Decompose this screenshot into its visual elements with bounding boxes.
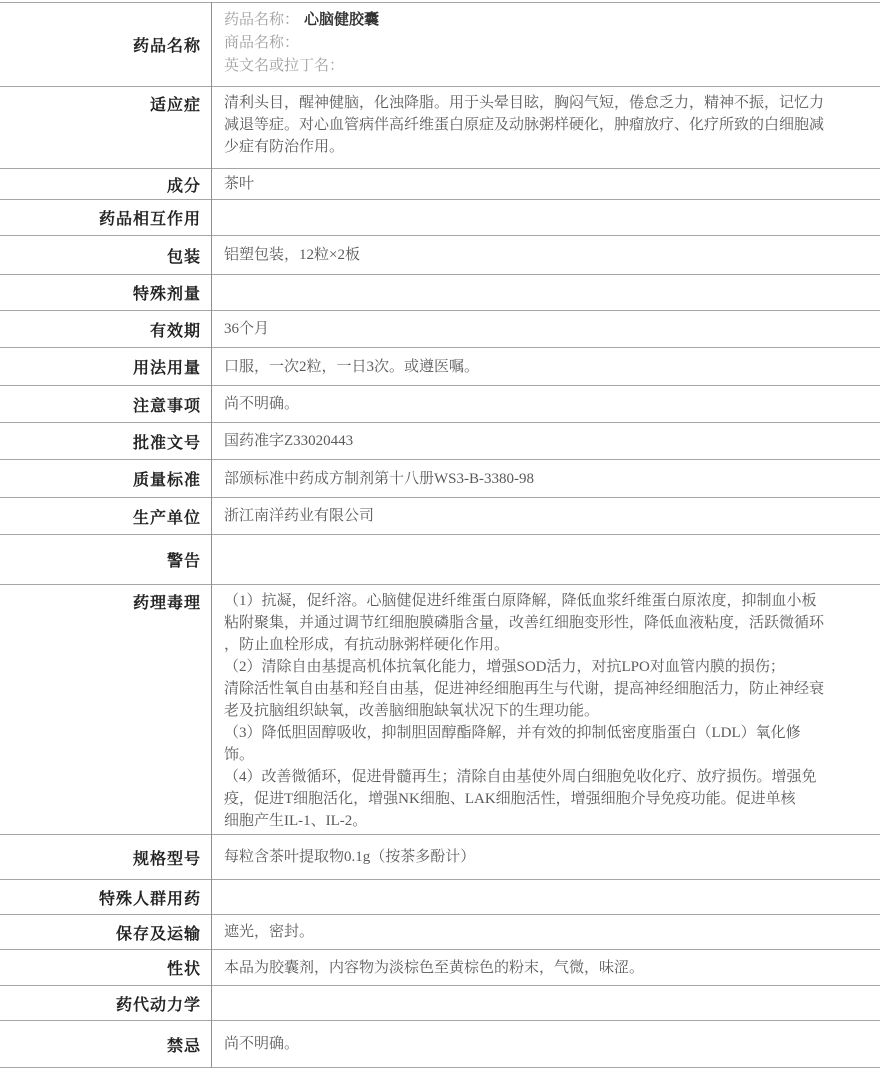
- table-row: 特殊剂量: [0, 275, 880, 311]
- table-row: 特殊人群用药: [0, 880, 880, 915]
- row-value: [212, 275, 880, 311]
- row-label: 禁忌: [0, 1021, 212, 1068]
- row-label: 用法用量: [0, 348, 212, 386]
- table-row: 性状本品为胶囊剂，内容物为淡棕色至黄棕色的粉末，气微，味涩。: [0, 950, 880, 986]
- row-label: 质量标准: [0, 460, 212, 498]
- row-label: 包装: [0, 236, 212, 275]
- row-value: 药品名称：心脑健胶囊商品名称：英文名或拉丁名：: [212, 3, 880, 87]
- row-label: 警告: [0, 535, 212, 585]
- table-row: 注意事项尚不明确。: [0, 386, 880, 423]
- field-key: 药品名称：: [224, 12, 299, 28]
- row-value: 铝塑包装，12粒×2板: [212, 236, 880, 275]
- row-value: [212, 986, 880, 1021]
- row-label: 批准文号: [0, 423, 212, 460]
- row-label: 有效期: [0, 311, 212, 348]
- row-label: 规格型号: [0, 835, 212, 880]
- row-label: 药代动力学: [0, 986, 212, 1021]
- row-label: 药理毒理: [0, 585, 212, 835]
- table-row: 有效期36个月: [0, 311, 880, 348]
- field-value: 心脑健胶囊: [304, 12, 379, 28]
- row-label: 适应症: [0, 87, 212, 169]
- row-label: 药品名称: [0, 3, 212, 87]
- row-label: 性状: [0, 950, 212, 986]
- row-value: 国药准字Z33020443: [212, 423, 880, 460]
- field-line: 英文名或拉丁名：: [224, 55, 872, 78]
- table-row: 保存及运输遮光，密封。: [0, 915, 880, 950]
- table-row: 药代动力学: [0, 986, 880, 1021]
- row-value: 每粒含茶叶提取物0.1g（按茶多酚计）: [212, 835, 880, 880]
- row-value: 口服，一次2粒，一日3次。或遵医嘱。: [212, 348, 880, 386]
- row-value: [212, 200, 880, 236]
- row-value: 尚不明确。: [212, 1021, 880, 1068]
- row-label: 保存及运输: [0, 915, 212, 950]
- drug-info-page: 药品名称药品名称：心脑健胶囊商品名称：英文名或拉丁名：适应症清利头目，醒神健脑，…: [0, 0, 880, 1080]
- table-row: 药品名称药品名称：心脑健胶囊商品名称：英文名或拉丁名：: [0, 3, 880, 87]
- table-row: 药品相互作用: [0, 200, 880, 236]
- table-row: 批准文号国药准字Z33020443: [0, 423, 880, 460]
- table-row: 禁忌尚不明确。: [0, 1021, 880, 1068]
- field-line: 药品名称：心脑健胶囊: [224, 9, 872, 32]
- row-value: [212, 535, 880, 585]
- field-key: 英文名或拉丁名：: [224, 58, 344, 74]
- table-row: 质量标准部颁标准中药成方制剂第十八册WS3-B-3380-98: [0, 460, 880, 498]
- table-row: 适应症清利头目，醒神健脑，化浊降脂。用于头晕目眩，胸闷气短，倦怠乏力，精神不振，…: [0, 87, 880, 169]
- row-value: 遮光，密封。: [212, 915, 880, 950]
- table-row: 警告: [0, 535, 880, 585]
- table-row: 成分茶叶: [0, 169, 880, 200]
- row-value: （1）抗凝，促纤溶。心脑健促进纤维蛋白原降解，降低血浆纤维蛋白原浓度，抑制血小板…: [212, 585, 880, 835]
- table-row: 包装铝塑包装，12粒×2板: [0, 236, 880, 275]
- row-value: 36个月: [212, 311, 880, 348]
- row-label: 药品相互作用: [0, 200, 212, 236]
- table-row: 规格型号每粒含茶叶提取物0.1g（按茶多酚计）: [0, 835, 880, 880]
- row-value: 本品为胶囊剂，内容物为淡棕色至黄棕色的粉末，气微，味涩。: [212, 950, 880, 986]
- row-value: 浙江南洋药业有限公司: [212, 498, 880, 535]
- row-value: 茶叶: [212, 169, 880, 200]
- row-label: 特殊剂量: [0, 275, 212, 311]
- drug-info-table-body: 药品名称药品名称：心脑健胶囊商品名称：英文名或拉丁名：适应症清利头目，醒神健脑，…: [0, 3, 880, 1068]
- table-row: 用法用量口服，一次2粒，一日3次。或遵医嘱。: [0, 348, 880, 386]
- row-value: 尚不明确。: [212, 386, 880, 423]
- row-value: 部颁标准中药成方制剂第十八册WS3-B-3380-98: [212, 460, 880, 498]
- field-line: 商品名称：: [224, 32, 872, 55]
- row-label: 生产单位: [0, 498, 212, 535]
- row-value: [212, 880, 880, 915]
- table-row: 生产单位浙江南洋药业有限公司: [0, 498, 880, 535]
- row-label: 成分: [0, 169, 212, 200]
- table-row: 药理毒理（1）抗凝，促纤溶。心脑健促进纤维蛋白原降解，降低血浆纤维蛋白原浓度，抑…: [0, 585, 880, 835]
- row-label: 注意事项: [0, 386, 212, 423]
- field-key: 商品名称：: [224, 35, 299, 51]
- row-value: 清利头目，醒神健脑，化浊降脂。用于头晕目眩，胸闷气短，倦怠乏力，精神不振，记忆力…: [212, 87, 880, 169]
- row-label: 特殊人群用药: [0, 880, 212, 915]
- drug-info-table: 药品名称药品名称：心脑健胶囊商品名称：英文名或拉丁名：适应症清利头目，醒神健脑，…: [0, 2, 880, 1068]
